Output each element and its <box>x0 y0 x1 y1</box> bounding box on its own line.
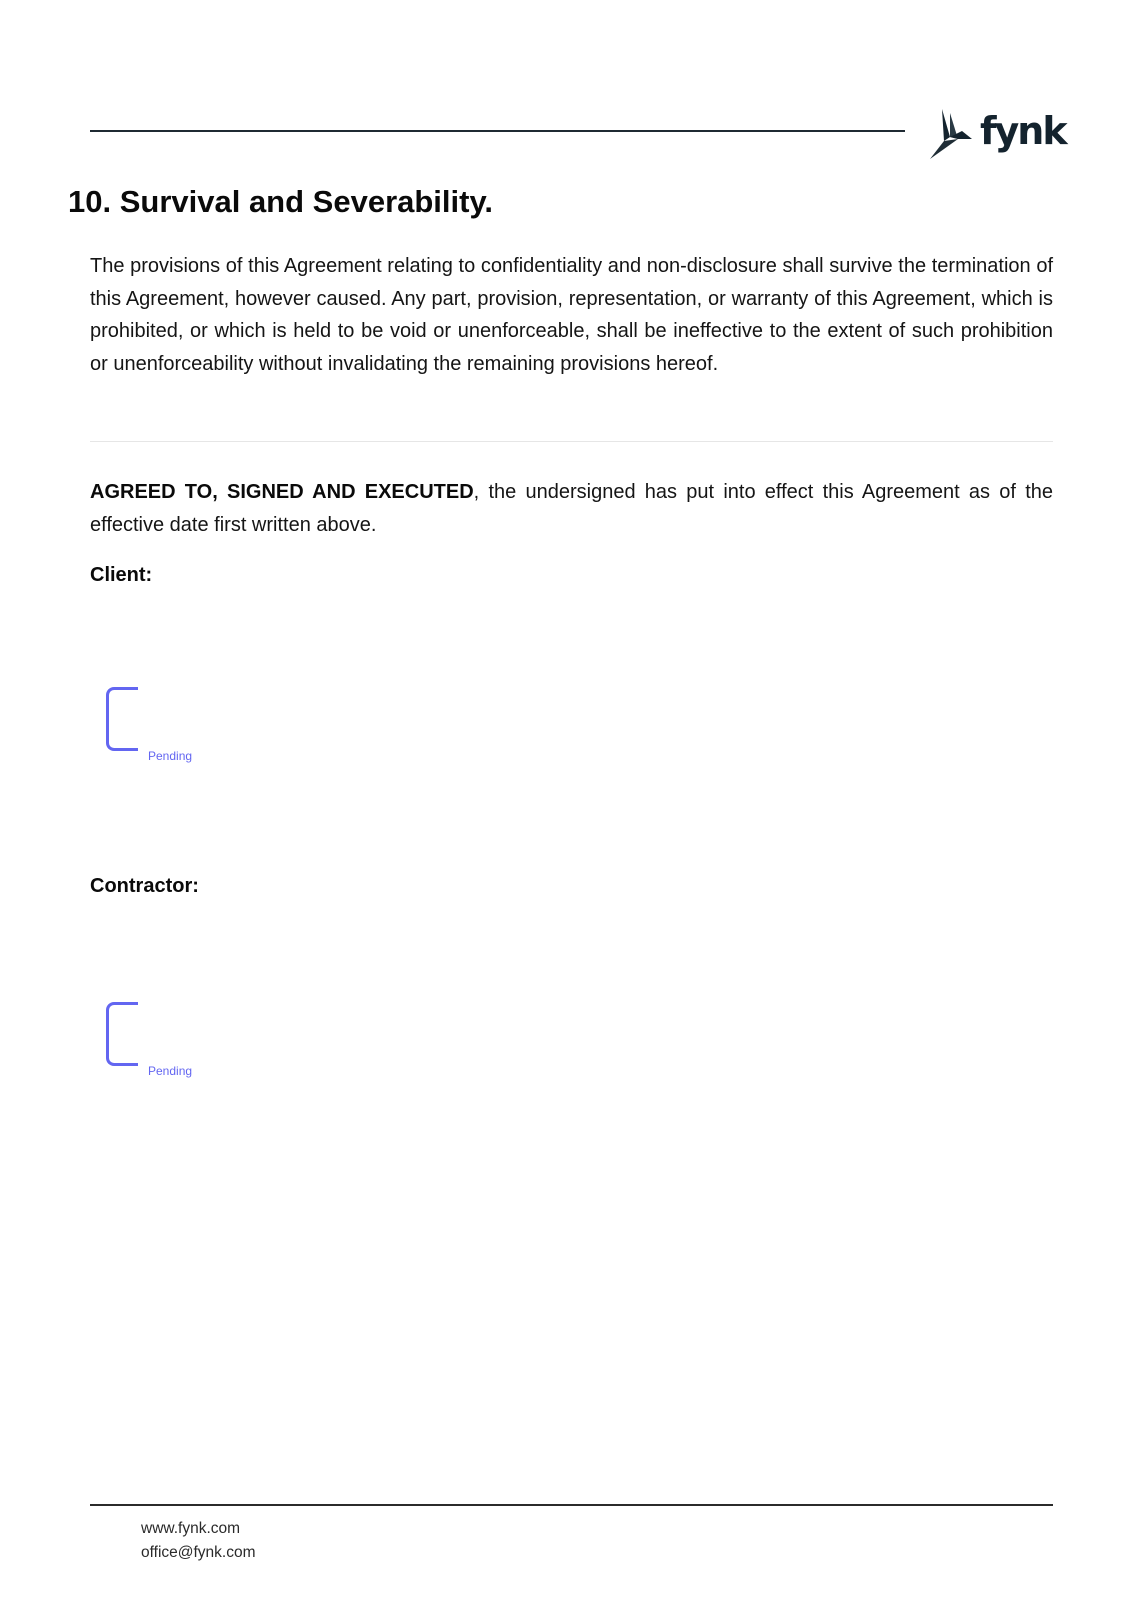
client-signature-field[interactable]: Pending <box>106 687 256 757</box>
signature-bracket-icon <box>106 1002 138 1066</box>
execution-lead: AGREED TO, SIGNED AND EXECUTED <box>90 481 474 503</box>
execution-statement: AGREED TO, SIGNED AND EXECUTED, the unde… <box>90 476 1053 541</box>
bird-icon <box>928 107 976 161</box>
contractor-signature-field[interactable]: Pending <box>106 1002 256 1072</box>
footer-rule <box>90 1504 1053 1506</box>
client-signature-status: Pending <box>148 749 192 763</box>
section-divider <box>90 441 1053 442</box>
footer-website-link[interactable]: www.fynk.com <box>141 1520 240 1538</box>
contractor-signature-status: Pending <box>148 1064 192 1078</box>
footer-email-link[interactable]: office@fynk.com <box>141 1544 256 1562</box>
section-body: The provisions of this Agreement relatin… <box>90 250 1053 380</box>
header-rule <box>90 130 905 132</box>
client-label: Client: <box>90 564 152 587</box>
section-title: 10. Survival and Severability. <box>68 184 493 220</box>
signature-bracket-icon <box>106 687 138 751</box>
logo-text: fynk <box>980 109 1066 153</box>
contractor-label: Contractor: <box>90 875 199 898</box>
fynk-logo: fynk <box>928 106 1066 162</box>
